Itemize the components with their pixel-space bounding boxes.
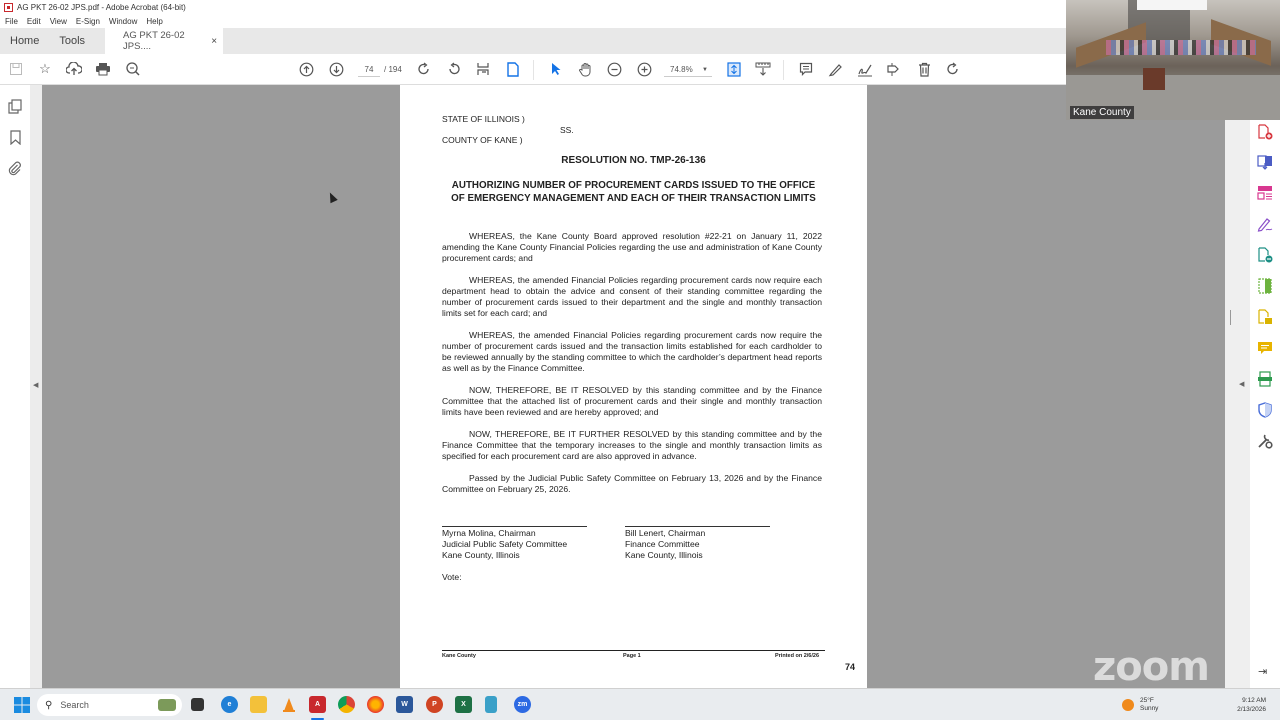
weather-temperature: 25°F [1140,697,1158,705]
paragraph-resolved-1: NOW, THEREFORE, BE IT RESOLVED by this s… [442,385,822,418]
highlight-icon[interactable] [826,60,844,78]
signer-committee: Finance Committee [625,539,705,550]
compress-pdf-icon[interactable] [1256,246,1274,264]
export-pdf-icon[interactable] [1256,153,1274,171]
rotate-clockwise-icon[interactable] [415,60,433,78]
zoom-app-icon[interactable]: zm [514,696,531,713]
file-explorer-icon[interactable] [250,696,267,713]
vote-label: Vote: [442,572,462,582]
bookmark-icon[interactable] [7,129,23,145]
video-participants [1106,40,1256,55]
tab-tools[interactable]: Tools [49,28,95,54]
weather-description: Sunny [1140,705,1158,713]
windows-taskbar: ⚲ Search e A W P X zm 25°F Sunny 9:12 AM… [0,688,1280,720]
paragraph-passed: Passed by the Judicial Public Safety Com… [442,473,822,495]
page-thumbnails-icon[interactable] [7,98,23,114]
comment-icon[interactable] [797,60,815,78]
zoom-in-icon[interactable] [635,60,653,78]
cloud-upload-icon[interactable] [65,60,83,78]
page-up-icon[interactable] [297,60,315,78]
page-total: / 194 [384,63,402,77]
zoom-level-dropdown[interactable]: 74.8% ▼ [664,63,712,77]
signature-line-left [442,526,587,527]
page-down-icon[interactable] [327,60,345,78]
tab-home[interactable]: Home [0,28,49,54]
resolution-title: AUTHORIZING NUMBER OF PROCUREMENT CARDS … [450,180,817,205]
paragraph-whereas-1: WHEREAS, the Kane County Board approved … [442,231,822,264]
rotate-counterclockwise-icon[interactable] [445,60,463,78]
tools-panel [1250,120,1280,688]
toolbar-separator [783,60,784,80]
zoom-out-icon[interactable] [605,60,623,78]
signer-place: Kane County, Illinois [442,550,567,561]
protect-icon[interactable] [1256,401,1274,419]
signer-name: Bill Lenert, Chairman [625,528,705,539]
footer-rule [442,650,825,651]
select-cursor-icon[interactable] [547,60,565,78]
hand-icon[interactable] [576,60,594,78]
save-icon[interactable] [7,60,25,78]
signature-block-left: Myrna Molina, Chairman Judicial Public S… [442,528,567,561]
page-number-input[interactable]: 74 [358,63,380,77]
menu-esign[interactable]: E-Sign [76,17,100,26]
county-line: COUNTY OF KANE ) [442,135,523,145]
acrobat-icon[interactable]: A [309,696,326,713]
windows-start-icon[interactable] [13,696,30,713]
window-title: AG PKT 26-02 JPS.pdf - Adobe Acrobat (64… [17,3,186,12]
single-page-icon[interactable] [504,60,522,78]
fill-sign-icon[interactable] [1256,215,1274,233]
resolution-number: RESOLUTION NO. TMP-26-136 [400,155,867,166]
collapse-right-arrow-icon[interactable]: ◀ [1239,380,1244,388]
search-icon: ⚲ [45,700,52,711]
tab-document[interactable]: AG PKT 26-02 JPS.... × [105,28,223,54]
more-tools-icon[interactable] [1256,432,1274,450]
edit-pdf-icon[interactable] [1256,277,1274,295]
scan-ocr-icon[interactable] [1256,370,1274,388]
menu-file[interactable]: File [5,17,18,26]
redo-icon[interactable] [944,60,962,78]
close-tab-icon[interactable]: × [211,36,217,47]
chrome-icon[interactable] [338,696,355,713]
task-view-icon[interactable] [191,698,204,711]
send-icon[interactable] [885,60,903,78]
expand-panel-icon[interactable]: ⇥ [1258,665,1267,678]
left-navigation-panel [0,85,30,688]
chevron-down-icon: ▼ [702,63,708,77]
paragraph-resolved-2: NOW, THEREFORE, BE IT FURTHER RESOLVED b… [442,429,822,462]
system-clock[interactable]: 9:12 AM 2/13/2026 [1226,696,1266,714]
star-icon[interactable]: ☆ [36,60,54,78]
weather-widget[interactable]: 25°F Sunny [1122,697,1158,713]
signature-line-right [625,526,770,527]
organize-pages-icon[interactable] [1256,184,1274,202]
firefox-icon[interactable] [367,696,384,713]
footer-left: Kane County [442,653,476,659]
delete-icon[interactable] [915,60,933,78]
edge-icon[interactable]: e [221,696,238,713]
paragraph-whereas-3: WHEREAS, the amended Financial Policies … [442,330,822,374]
zoom-video-feed[interactable]: Kane County [1066,0,1280,120]
signature-block-right: Bill Lenert, Chairman Finance Committee … [625,528,705,561]
toolbar-separator [533,60,534,80]
comment-tool-icon[interactable] [1256,339,1274,357]
footer-right: Printed on 2/6/26 [775,653,819,659]
zoom-watermark-logo: zoom [1093,644,1209,690]
sunny-icon [1122,699,1134,711]
powerpoint-icon[interactable]: P [426,696,443,713]
state-line: STATE OF ILLINOIS ) [442,114,525,124]
word-icon[interactable]: W [396,696,413,713]
tab-document-label: AG PKT 26-02 JPS.... [123,30,211,52]
clock-date: 2/13/2026 [1226,705,1266,714]
collapse-left-arrow-icon[interactable]: ◀ [33,381,38,389]
zoom-level-value: 74.8% [670,65,693,74]
scroll-mode-icon[interactable] [474,60,492,78]
signer-place: Kane County, Illinois [625,550,705,561]
taskbar-search-input[interactable]: ⚲ Search [37,694,182,716]
right-panel-collapse-bar[interactable]: ◀ [1225,120,1250,688]
menu-help[interactable]: Help [146,17,162,26]
toolbar: ☆ 74 / 194 74.8% ▼ [0,54,1068,85]
menu-view[interactable]: View [50,17,67,26]
ss-label: SS. [560,125,574,135]
combine-files-icon[interactable] [1256,308,1274,326]
fit-page-icon[interactable] [725,60,743,78]
search-highlight-icon [158,699,176,711]
notepad-icon[interactable] [485,696,497,713]
pdf-page: STATE OF ILLINOIS ) SS. COUNTY OF KANE )… [400,85,867,688]
menu-edit[interactable]: Edit [27,17,41,26]
measure-icon[interactable] [754,60,772,78]
create-pdf-icon[interactable] [1256,123,1274,141]
paragraph-whereas-2: WHEREAS, the amended Financial Policies … [442,275,822,319]
left-panel-collapse-bar[interactable]: ◀ [30,85,42,688]
page-number-stamp: 74 [845,662,855,672]
signer-name: Myrna Molina, Chairman [442,528,567,539]
attachment-icon[interactable] [7,160,23,176]
menu-window[interactable]: Window [109,17,137,26]
video-podium [1143,68,1165,90]
clock-time: 9:12 AM [1226,696,1266,705]
sign-icon[interactable] [856,60,874,78]
acrobat-app-icon [4,3,13,12]
zoom-search-icon[interactable] [124,60,142,78]
footer-center: Page 1 [623,653,641,659]
excel-icon[interactable]: X [455,696,472,713]
scrollbar-handle[interactable] [1230,310,1231,325]
signer-committee: Judicial Public Safety Committee [442,539,567,550]
print-icon[interactable] [94,60,112,78]
vlc-icon[interactable] [280,696,297,713]
video-participant-label: Kane County [1070,106,1134,119]
search-placeholder: Search [60,700,89,710]
video-projector-screen [1137,0,1207,10]
